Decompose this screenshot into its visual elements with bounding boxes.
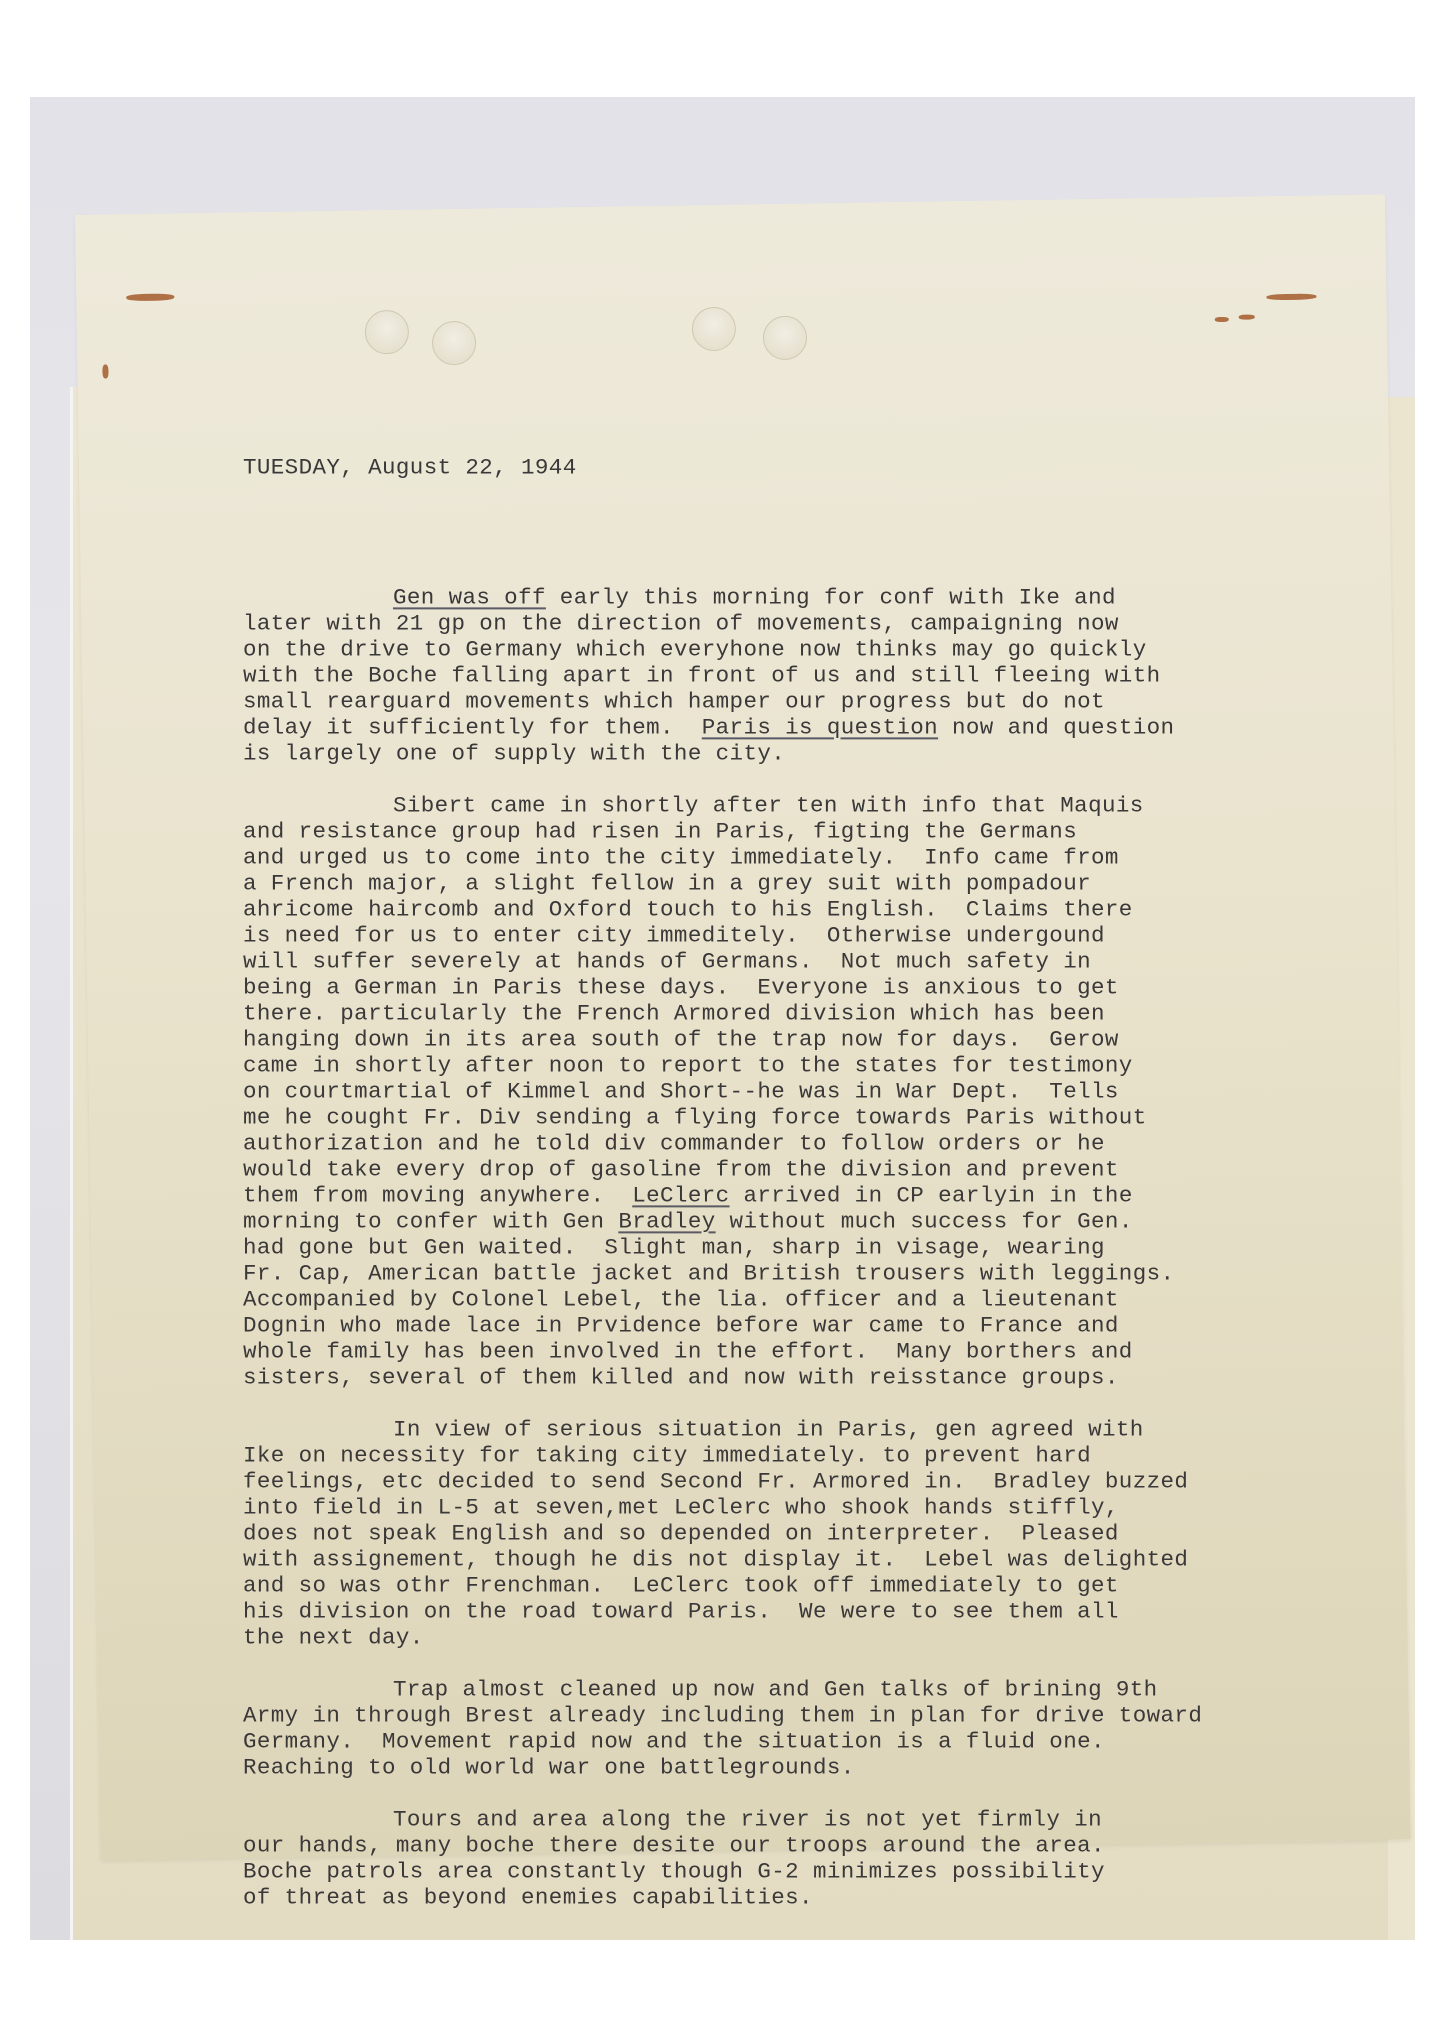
text-line: ahricome haircomb and Oxford touch to hi… xyxy=(243,896,1323,922)
rust-stain xyxy=(1239,314,1255,319)
text-line: on courtmartial of Kimmel and Short--he … xyxy=(243,1078,1323,1104)
text-line: Reaching to old world war one battlegrou… xyxy=(243,1754,1323,1780)
rust-stain xyxy=(126,293,174,301)
underlined-phrase: Bradley xyxy=(618,1208,715,1234)
text-line: me he cought Fr. Div sending a flying fo… xyxy=(243,1104,1323,1130)
text-line: whole family has been involved in the ef… xyxy=(243,1338,1323,1364)
text-line: and resistance group had risen in Paris,… xyxy=(243,818,1323,844)
text-line: Accompanied by Colonel Lebel, the lia. o… xyxy=(243,1286,1323,1312)
text-line: Ike on necessity for taking city immedia… xyxy=(243,1442,1323,1468)
text-line: will suffer severely at hands of Germans… xyxy=(243,948,1323,974)
text-line: and urged us to come into the city immed… xyxy=(243,844,1323,870)
text-line: is need for us to enter city immeditely.… xyxy=(243,922,1323,948)
underlined-phrase: Paris is question xyxy=(702,714,938,740)
diary-paragraph: In view of serious situation in Paris, g… xyxy=(243,1416,1323,1650)
text-line: morning to confer with Gen Bradley witho… xyxy=(243,1208,1323,1234)
text-line: with assignement, though he dis not disp… xyxy=(243,1546,1323,1572)
diary-paragraph: Trap almost cleaned up now and Gen talks… xyxy=(243,1676,1323,1780)
diary-paragraph: Tours and area along the river is not ye… xyxy=(243,1806,1323,1910)
diary-paragraph: Gen was off early this morning for conf … xyxy=(243,584,1323,766)
diary-body: Gen was off early this morning for conf … xyxy=(243,584,1323,1910)
text-line: Trap almost cleaned up now and Gen talks… xyxy=(243,1676,1323,1702)
text-line: Boche patrols area constantly though G-2… xyxy=(243,1858,1323,1884)
underlined-phrase: Gen was off xyxy=(393,584,546,610)
text-line: had gone but Gen waited. Slight man, sha… xyxy=(243,1234,1323,1260)
rust-stain xyxy=(1266,294,1316,301)
text-line: Tours and area along the river is not ye… xyxy=(243,1806,1323,1832)
text-line: Gen was off early this morning for conf … xyxy=(243,584,1323,610)
text-line: small rearguard movements which hamper o… xyxy=(243,688,1323,714)
rust-stain xyxy=(102,364,108,378)
text-line: on the drive to Germany which everyhone … xyxy=(243,636,1323,662)
text-line: would take every drop of gasoline from t… xyxy=(243,1156,1323,1182)
text-line: them from moving anywhere. LeClerc arriv… xyxy=(243,1182,1323,1208)
text-line: our hands, many boche there desite our t… xyxy=(243,1832,1323,1858)
text-line: being a German in Paris these days. Ever… xyxy=(243,974,1323,1000)
punch-hole xyxy=(432,321,477,366)
punch-hole xyxy=(365,310,410,355)
text-line: delay it sufficiently for them. Paris is… xyxy=(243,714,1323,740)
text-line: into field in L-5 at seven,met LeClerc w… xyxy=(243,1494,1323,1520)
document-photo: TUESDAY, August 22, 1944 Gen was off ear… xyxy=(30,97,1415,1940)
text-line: hanging down in its area south of the tr… xyxy=(243,1026,1323,1052)
underlined-phrase: LeClerc xyxy=(632,1182,729,1208)
text-line: later with 21 gp on the direction of mov… xyxy=(243,610,1323,636)
text-line: of threat as beyond enemies capabilities… xyxy=(243,1884,1323,1910)
text-line: Sibert came in shortly after ten with in… xyxy=(243,792,1323,818)
text-line: Fr. Cap, American battle jacket and Brit… xyxy=(243,1260,1323,1286)
text-line: there. particularly the French Armored d… xyxy=(243,1000,1323,1026)
text-line: Army in through Brest already including … xyxy=(243,1702,1323,1728)
text-line: authorization and he told div commander … xyxy=(243,1130,1323,1156)
rust-stain xyxy=(1215,317,1229,322)
text-line: a French major, a slight fellow in a gre… xyxy=(243,870,1323,896)
text-line: came in shortly after noon to report to … xyxy=(243,1052,1323,1078)
text-line: his division on the road toward Paris. W… xyxy=(243,1598,1323,1624)
text-line: In view of serious situation in Paris, g… xyxy=(243,1416,1323,1442)
text-line: feelings, etc decided to send Second Fr.… xyxy=(243,1468,1323,1494)
text-line: sisters, several of them killed and now … xyxy=(243,1364,1323,1390)
punch-hole xyxy=(763,316,808,361)
text-line: with the Boche falling apart in front of… xyxy=(243,662,1323,688)
text-line: is largely one of supply with the city. xyxy=(243,740,1323,766)
diary-page: TUESDAY, August 22, 1944 Gen was off ear… xyxy=(75,194,1411,1859)
text-line: the next day. xyxy=(243,1624,1323,1650)
text-line: does not speak English and so depended o… xyxy=(243,1520,1323,1546)
date-heading: TUESDAY, August 22, 1944 xyxy=(243,454,1323,480)
diary-paragraph: Sibert came in shortly after ten with in… xyxy=(243,792,1323,1390)
text-line: Dognin who made lace in Prvidence before… xyxy=(243,1312,1323,1338)
typed-text: TUESDAY, August 22, 1944 Gen was off ear… xyxy=(243,402,1323,1940)
text-line: and so was othr Frenchman. LeClerc took … xyxy=(243,1572,1323,1598)
text-line: Germany. Movement rapid now and the situ… xyxy=(243,1728,1323,1754)
punch-hole xyxy=(692,307,737,352)
